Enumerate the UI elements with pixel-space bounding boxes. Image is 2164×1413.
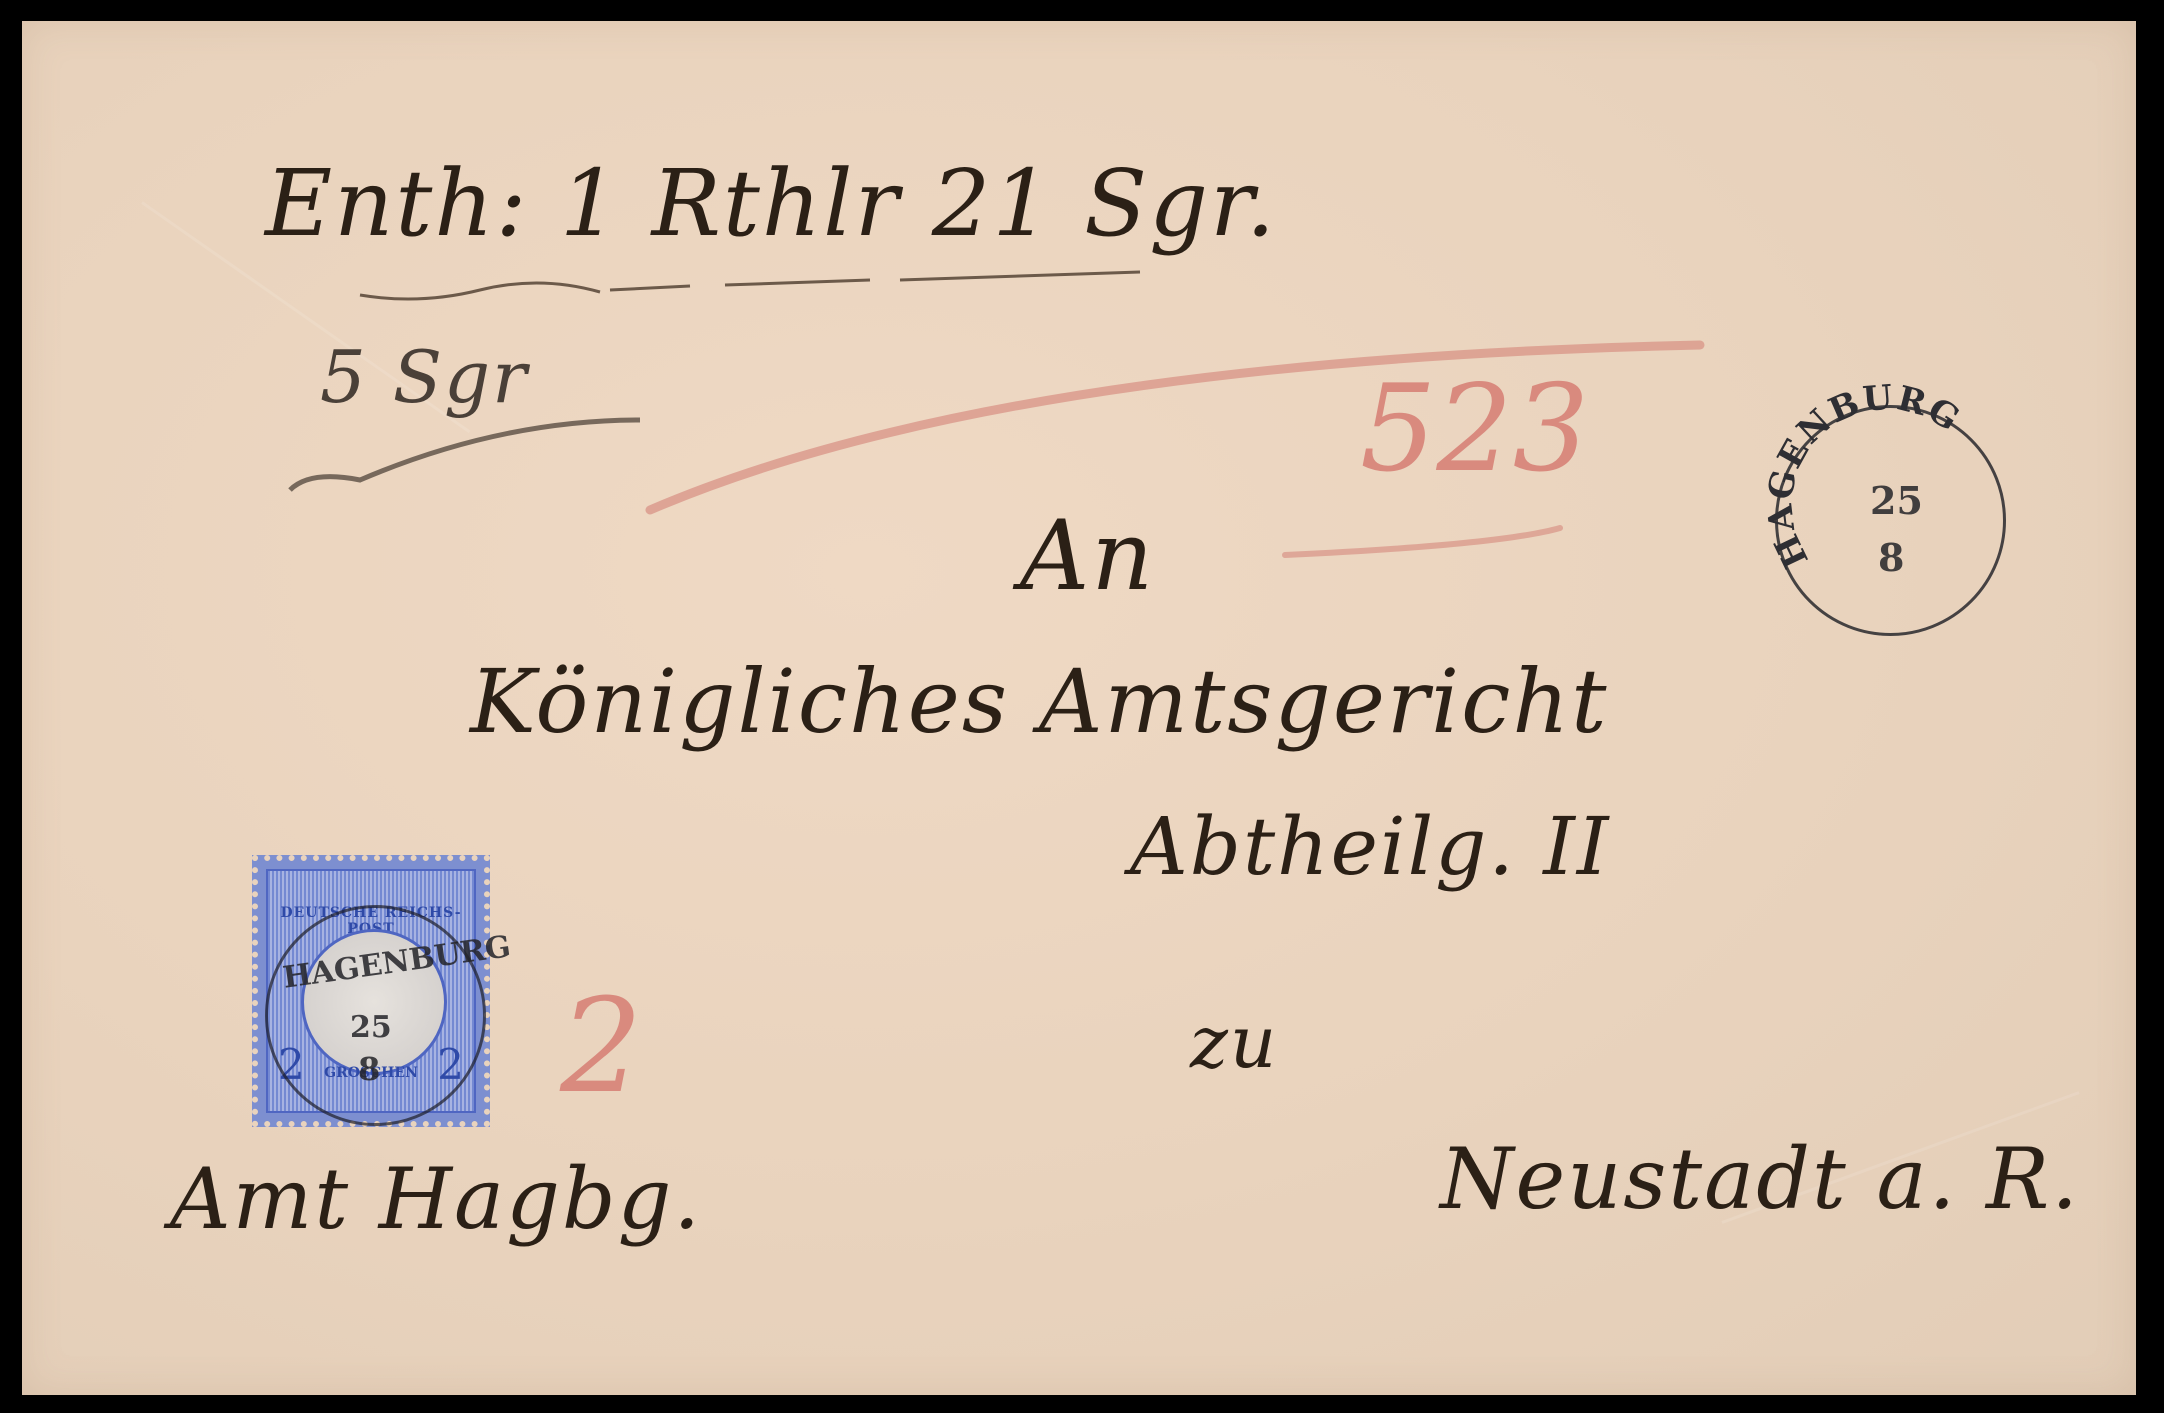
stamp-cancel-month: 8 [358,1050,380,1088]
postmark-month: 8 [1878,535,1904,580]
sender-note: Amt Hagbg. [170,1150,702,1248]
address-line2: Abtheilg. II [1130,800,1610,893]
stamp-cancel-day: 25 [350,1010,392,1045]
address-salutation: An [1020,500,1155,612]
address-line3: zu [1190,1000,1278,1084]
postmark-day: 25 [1870,478,1923,523]
address-line1: Königliches Amtsgericht [470,650,1608,753]
svg-text:HAGENBURG: HAGENBURG [1760,377,1968,574]
address-line4: Neustadt a. R. [1440,1130,2080,1228]
